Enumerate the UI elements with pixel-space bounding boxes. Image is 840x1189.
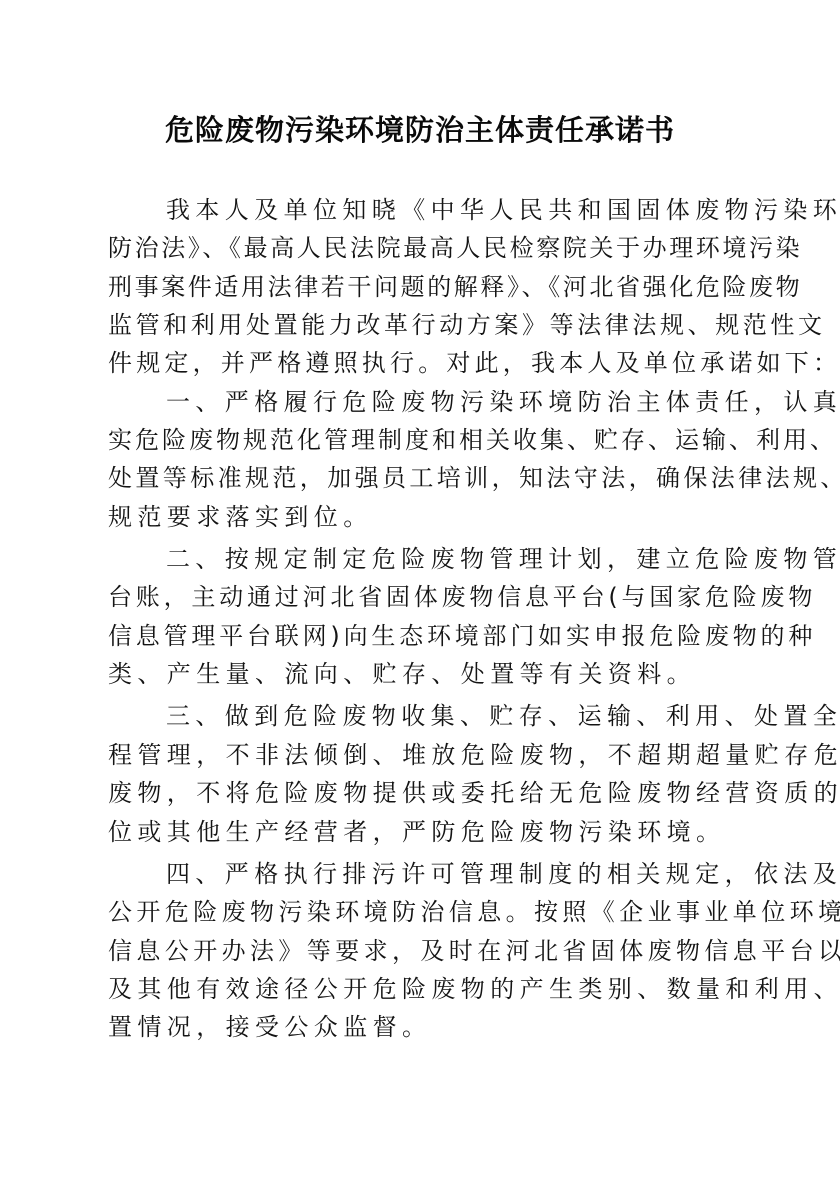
paragraph-item-2: 二、按规定制定危险废物管理计划，建立危险废物管理 台账，主动通过河北省固体废物信… bbox=[108, 540, 708, 693]
paragraph-line: 防治法》、《最高人民法院最高人民检察院关于办理环境污染 bbox=[108, 229, 708, 267]
paragraph-line: 程管理，不非法倾倒、堆放危险废物，不超期超量贮存危险 bbox=[108, 736, 708, 774]
paragraph-line: 台账，主动通过河北省固体废物信息平台(与国家危险废物 bbox=[108, 578, 708, 616]
paragraph-item-3: 三、做到危险废物收集、贮存、运输、利用、处置全过 程管理，不非法倾倒、堆放危险废… bbox=[108, 697, 708, 850]
paragraph-line: 公开危险废物污染环境防治信息。按照《企业事业单位环境 bbox=[108, 893, 708, 931]
paragraph-line: 实危险废物规范化管理制度和相关收集、贮存、运输、利用、 bbox=[108, 421, 708, 459]
paragraph-item-1: 一、严格履行危险废物污染环境防治主体责任，认真落 实危险废物规范化管理制度和相关… bbox=[108, 383, 708, 536]
paragraph-line: 刑事案件适用法律若干问题的解释》、《河北省强化危险废物 bbox=[108, 268, 708, 306]
paragraph-line: 处置等标准规范，加强员工培训，知法守法，确保法律法规、 bbox=[108, 459, 708, 497]
document-page: 危险废物污染环境防治主体责任承诺书 我本人及单位知晓《中华人民共和国固体废物污染… bbox=[0, 0, 840, 1189]
paragraph-line: 信息管理平台联网)向生态环境部门如实申报危险废物的种 bbox=[108, 617, 708, 655]
paragraph-line: 信息公开办法》等要求，及时在河北省固体废物信息平台以 bbox=[108, 932, 708, 970]
paragraph-line: 我本人及单位知晓《中华人民共和国固体废物污染环境 bbox=[108, 191, 708, 229]
paragraph-line: 二、按规定制定危险废物管理计划，建立危险废物管理 bbox=[108, 540, 708, 578]
paragraph-item-4: 四、严格执行排污许可管理制度的相关规定，依法及时 公开危险废物污染环境防治信息。… bbox=[108, 855, 708, 1047]
paragraph-line: 规范要求落实到位。 bbox=[108, 498, 708, 536]
paragraph-line: 置情况，接受公众监督。 bbox=[108, 1008, 708, 1046]
paragraph-line: 一、严格履行危险废物污染环境防治主体责任，认真落 bbox=[108, 383, 708, 421]
paragraph-intro: 我本人及单位知晓《中华人民共和国固体废物污染环境 防治法》、《最高人民法院最高人… bbox=[108, 191, 708, 383]
paragraph-line: 位或其他生产经营者，严防危险废物污染环境。 bbox=[108, 813, 708, 851]
paragraph-line: 监管和利用处置能力改革行动方案》等法律法规、规范性文 bbox=[108, 306, 708, 344]
paragraph-line: 类、产生量、流向、贮存、处置等有关资料。 bbox=[108, 655, 708, 693]
paragraph-line: 四、严格执行排污许可管理制度的相关规定，依法及时 bbox=[108, 855, 708, 893]
paragraph-line: 三、做到危险废物收集、贮存、运输、利用、处置全过 bbox=[108, 697, 708, 735]
document-title: 危险废物污染环境防治主体责任承诺书 bbox=[0, 112, 840, 148]
document-body: 我本人及单位知晓《中华人民共和国固体废物污染环境 防治法》、《最高人民法院最高人… bbox=[108, 191, 708, 1047]
paragraph-line: 及其他有效途径公开危险废物的产生类别、数量和利用、处 bbox=[108, 970, 708, 1008]
paragraph-line: 废物，不将危险废物提供或委托给无危险废物经营资质的单 bbox=[108, 774, 708, 812]
paragraph-line: 件规定，并严格遵照执行。对此，我本人及单位承诺如下： bbox=[108, 344, 708, 382]
